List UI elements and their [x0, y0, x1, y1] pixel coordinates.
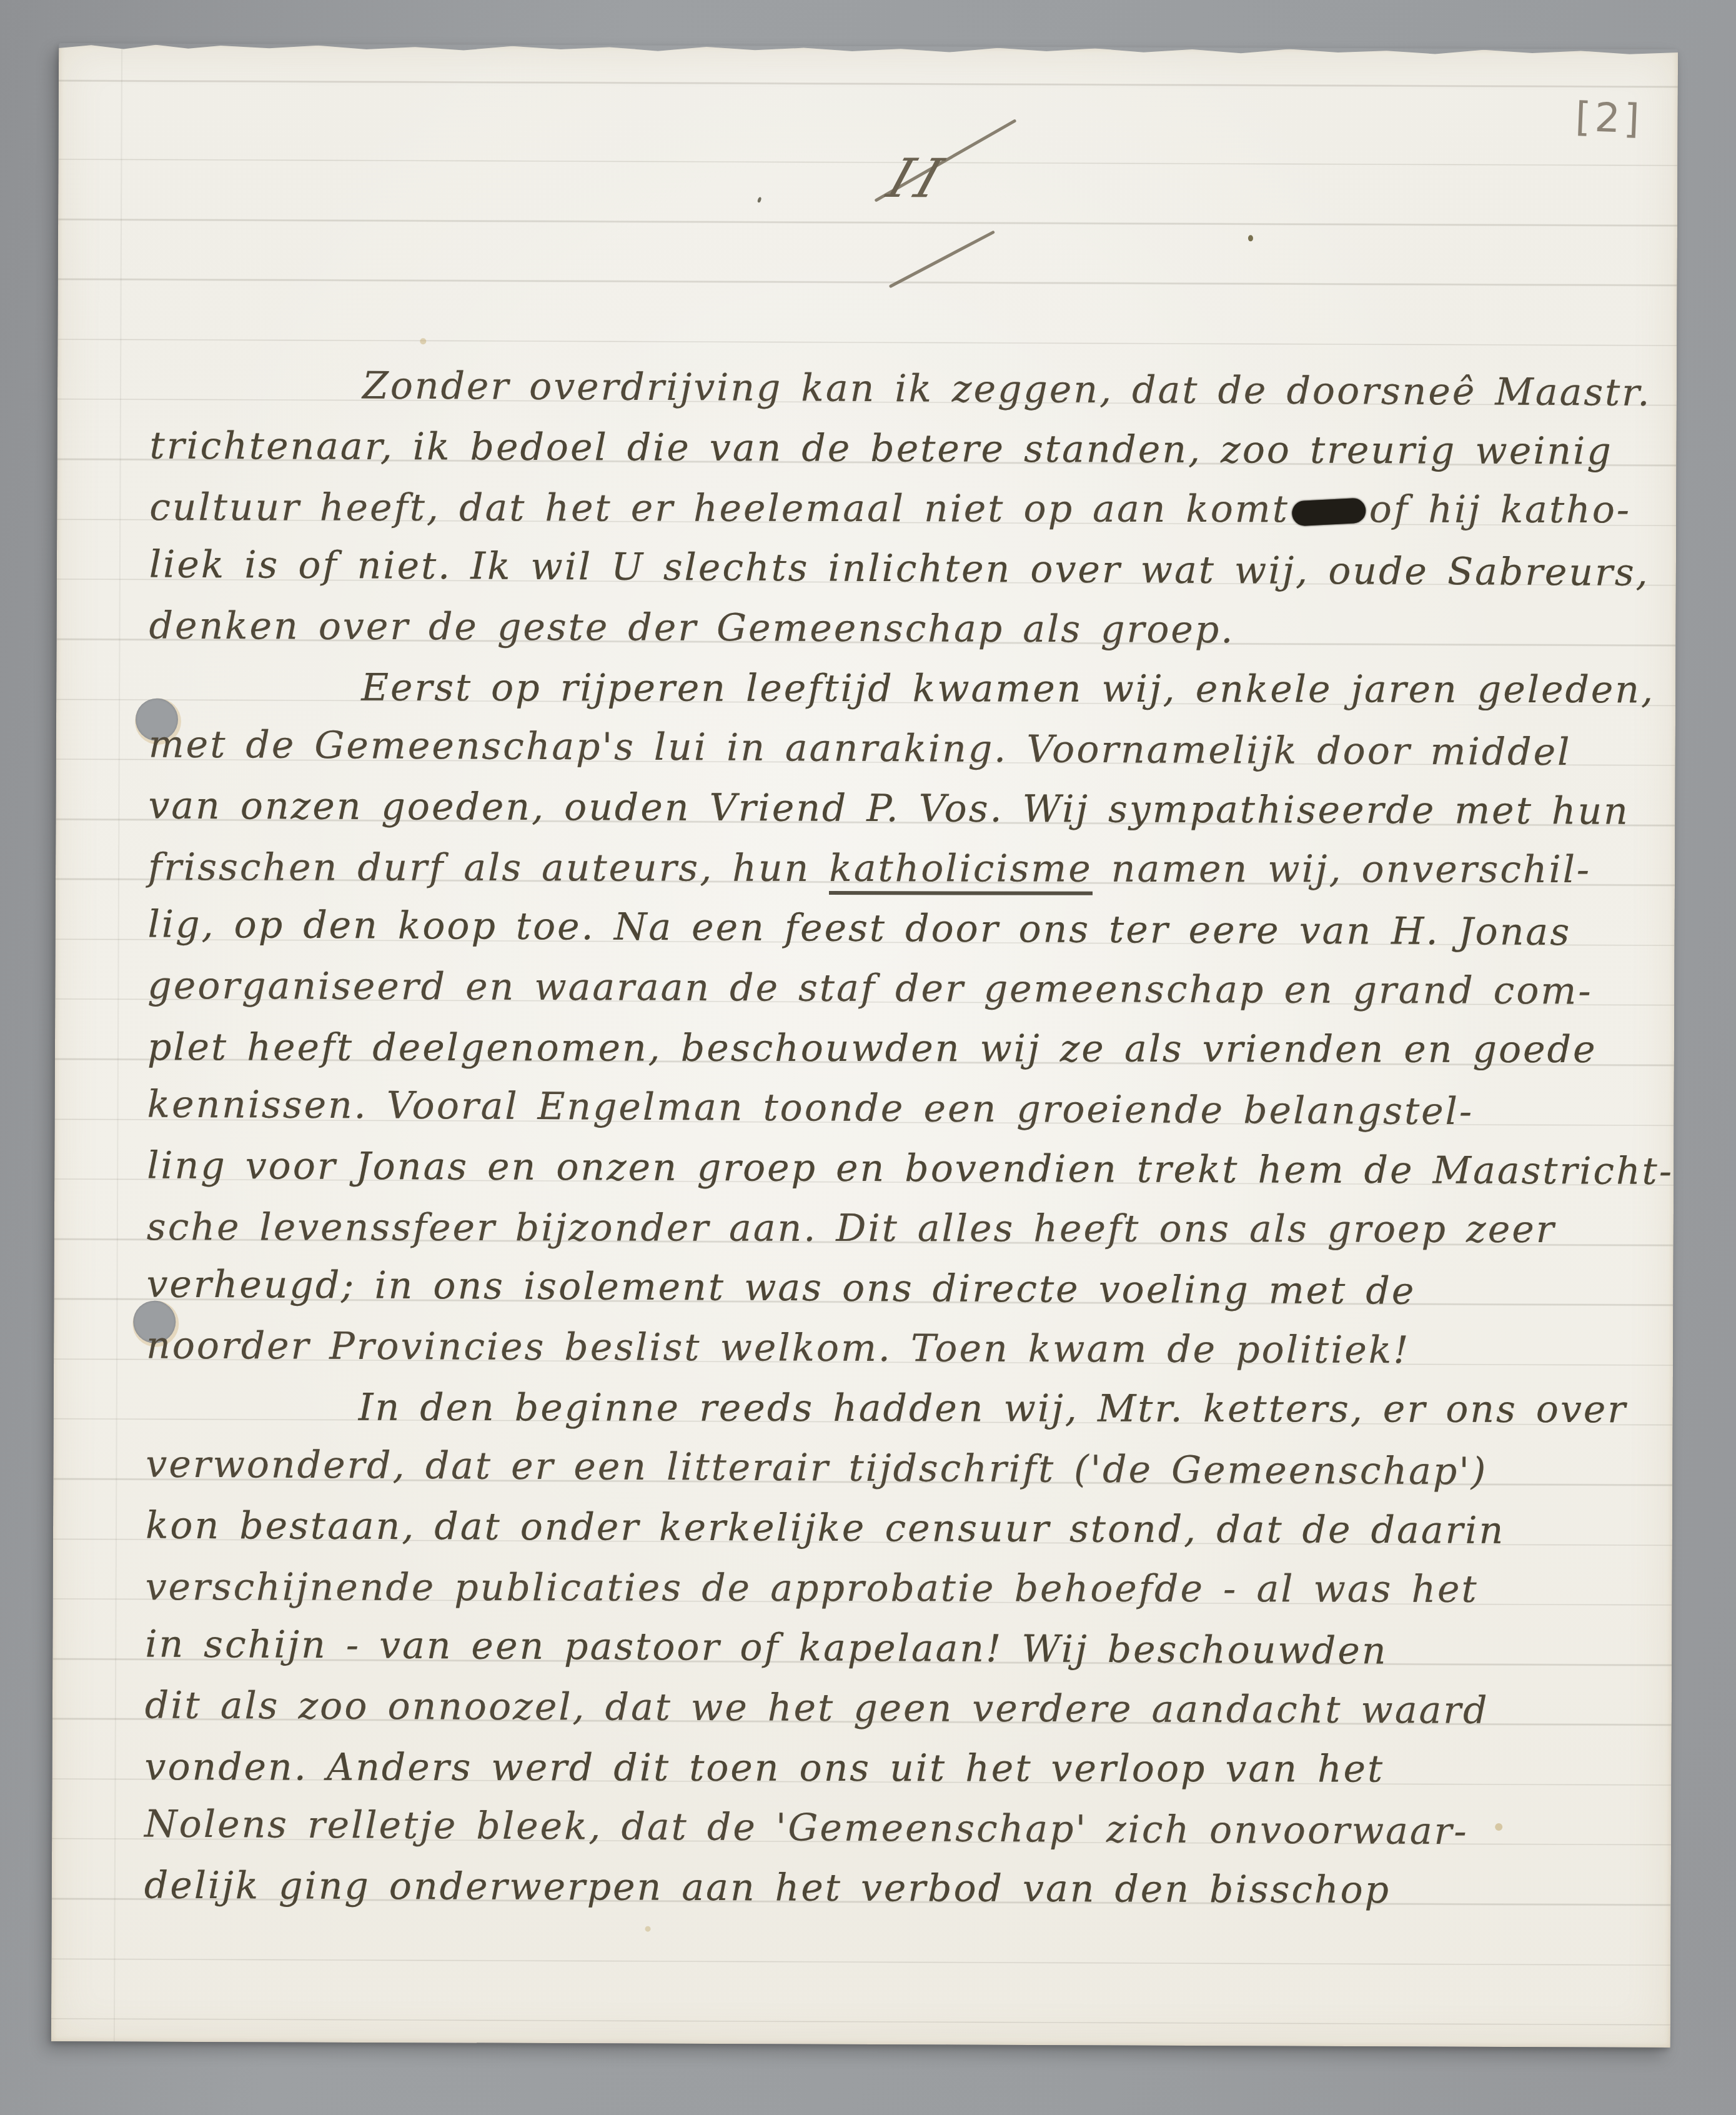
text-segment: kennissen. Vooral Engelman toonde een gr…: [147, 1082, 1474, 1133]
text-segment: plet heeft deelgenomen, beschouwden wij …: [147, 1025, 1597, 1072]
text-segment: met de Gemeenschap's lui in aanraking. V…: [149, 722, 1572, 774]
text-segment: liek is of niet. Ik wil U slechts inlich…: [149, 542, 1650, 594]
text-segment: In den beginne reeds hadden wij, Mtr. ke…: [359, 1386, 1627, 1432]
handwritten-line: denken over de geste der Gemeenschap als…: [149, 596, 1667, 662]
archive-number-pencil: [2]: [1574, 94, 1644, 142]
text-segment: georganiseerd en waaraan de staf der gem…: [147, 964, 1592, 1013]
handwritten-line: delijk ging onderwerpen aan het verbod v…: [144, 1856, 1662, 1921]
text-segment: kon bestaan, dat onder kerkelijke censuu…: [146, 1504, 1505, 1553]
text-segment: cultuur heeft, dat het er heelemaal niet…: [149, 485, 1289, 531]
handwritten-line: noorder Provincies beslist welkom. Toen …: [146, 1316, 1664, 1381]
text-segment: vonden. Anders werd dit toen ons uit het…: [144, 1745, 1384, 1791]
handwritten-line: Nolens relletje bleek, dat de 'Gemeensch…: [144, 1794, 1662, 1863]
handwritten-line: Zonder overdrijving kan ik zeggen, dat d…: [150, 354, 1668, 423]
handwritten-line: cultuur heeft, dat het er heelemaal niet…: [149, 477, 1667, 540]
text-segment: of hij katho-: [1369, 488, 1631, 532]
handwritten-line: liek is of niet. Ik wil U slechts inlich…: [149, 534, 1667, 603]
text-segment: lig, op den koop toe. Na een feest door …: [148, 902, 1572, 954]
paper-crease: [114, 43, 122, 2041]
paper-sheet: II [2] Zonder overdrijving kan ik zeggen…: [51, 43, 1678, 2048]
letter-body: Zonder overdrijving kan ik zeggen, dat d…: [144, 356, 1669, 1921]
ink-speck: [757, 197, 762, 203]
handwritten-line: plet heeft deelgenomen, beschouwden wij …: [147, 1017, 1665, 1080]
text-segment: sche levenssfeer bijzonder aan. Dit alle…: [147, 1205, 1556, 1252]
text-segment: Nolens relletje bleek, dat de 'Gemeensch…: [144, 1802, 1469, 1853]
handwritten-line: in schijn - van een pastoor of kapelaan!…: [145, 1614, 1663, 1683]
foxing-spot: [645, 1926, 651, 1932]
handwritten-line: sche levenssfeer bijzonder aan. Dit alle…: [147, 1197, 1665, 1260]
handwritten-line: kon bestaan, dat onder kerkelijke censuu…: [146, 1496, 1664, 1561]
handwritten-line: trichtenaar, ik bedoel die van de betere…: [149, 416, 1667, 482]
text-segment: noorder Provincies beslist welkom. Toen …: [146, 1324, 1411, 1373]
text-segment: dit als zoo onnoozel, dat we het geen ve…: [145, 1684, 1489, 1733]
handwritten-line: Eerst op rijperen leeftijd kwamen wij, e…: [149, 657, 1667, 720]
foxing-spot: [420, 338, 426, 344]
text-segment: trichtenaar, ik bedoel die van de betere…: [150, 424, 1613, 474]
underlined-word: katholicisme: [829, 847, 1093, 895]
handwritten-line: In den beginne reeds hadden wij, Mtr. ke…: [146, 1377, 1664, 1440]
paper-surface: II [2] Zonder overdrijving kan ik zeggen…: [51, 43, 1678, 2048]
handwritten-line: van onzen goeden, ouden Vriend P. Vos. W…: [148, 776, 1666, 842]
text-segment: delijk ging onderwerpen aan het verbod v…: [144, 1864, 1391, 1913]
handwritten-line: kennissen. Vooral Engelman toonde een gr…: [147, 1074, 1665, 1143]
handwritten-line: georganiseerd en waaraan de staf der gem…: [147, 956, 1665, 1022]
text-segment: Zonder overdrijving kan ik zeggen, dat d…: [362, 364, 1652, 415]
handwritten-line: vonden. Anders werd dit toen ons uit het…: [144, 1737, 1662, 1799]
text-segment: in schijn - van een pastoor of kapelaan!…: [145, 1622, 1387, 1673]
handwritten-line: ling voor Jonas en onzen groep en bovend…: [147, 1136, 1665, 1202]
handwritten-line: verwonderd, dat er een litterair tijdsch…: [146, 1434, 1664, 1503]
text-segment: Eerst op rijperen leeftijd kwamen wij, e…: [361, 666, 1655, 712]
scanned-letter-page: II [2] Zonder overdrijving kan ik zeggen…: [0, 0, 1736, 2115]
text-segment: verschijnende publicaties de approbatie …: [146, 1565, 1479, 1611]
text-segment: ling voor Jonas en onzen groep en bovend…: [147, 1144, 1674, 1193]
text-segment: verheugd; in ons isolement was ons direc…: [146, 1262, 1416, 1313]
ink-blot-strikethrough: [1291, 497, 1366, 526]
text-segment: van onzen goeden, ouden Vriend P. Vos. W…: [148, 784, 1630, 834]
text-segment: denken over de geste der Gemeenschap als…: [149, 604, 1234, 652]
handwritten-line: verschijnende publicaties de approbatie …: [146, 1557, 1664, 1620]
text-segment: frisschen durf als auteurs, hun: [148, 845, 829, 890]
handwritten-line: lig, op den koop toe. Na een feest door …: [147, 894, 1665, 963]
page-number-mark: II: [795, 90, 1058, 329]
text-segment: namen wij, onverschil-: [1093, 847, 1592, 892]
page-number-text: II: [880, 147, 956, 210]
handwritten-line: verheugd; in ons isolement was ons direc…: [146, 1254, 1664, 1323]
ink-speck: [1248, 235, 1253, 241]
handwritten-line: met de Gemeenschap's lui in aanraking. V…: [149, 714, 1667, 783]
text-segment: verwonderd, dat er een litterair tijdsch…: [146, 1442, 1487, 1493]
handwritten-line: dit als zoo onnoozel, dat we het geen ve…: [145, 1676, 1663, 1741]
handwritten-line: frisschen durf als auteurs, hun katholic…: [148, 837, 1666, 900]
flourish-stroke-bottom: [889, 230, 995, 288]
